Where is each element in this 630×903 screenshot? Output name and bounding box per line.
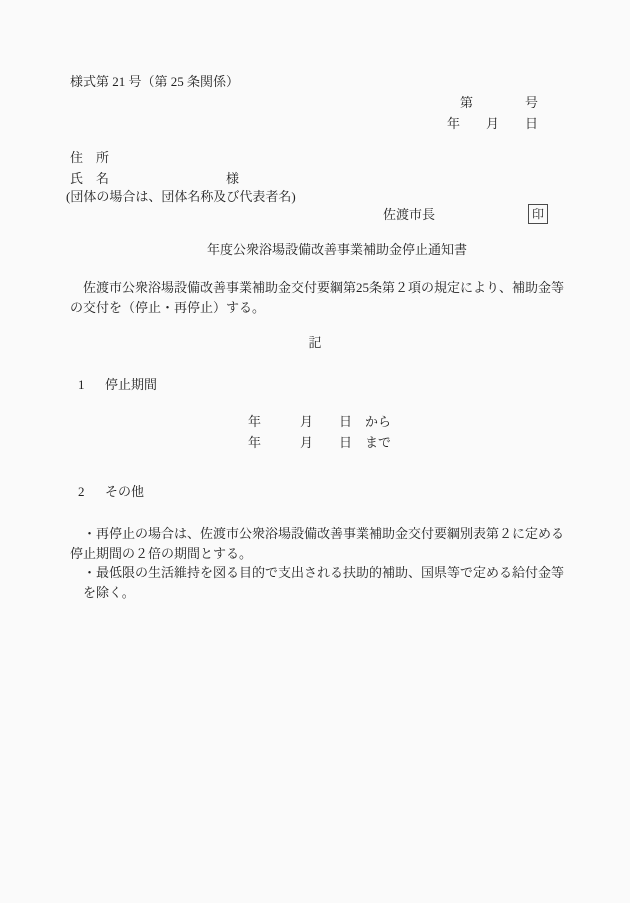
section-2-heading: その他 [105, 482, 144, 502]
section-1-number: 1 [78, 375, 85, 395]
period-from: 年 月 日 から [248, 412, 391, 432]
section-2-number: 2 [78, 482, 85, 502]
document-number: 第 号 [460, 93, 538, 113]
issue-date: 年 月 日 [447, 114, 538, 134]
section-1-heading: 停止期間 [105, 375, 157, 395]
name-label: 氏 名 [70, 169, 109, 189]
issuer-name: 佐渡市長 [383, 205, 435, 225]
seal-stamp-icon: 印 [528, 204, 548, 224]
document-page: 様式第 21 号（第 25 条関係） 第 号 年 月 日 住 所 氏 名 様 (… [0, 0, 630, 903]
note-exclusion: ・最低限の生活維持を図る目的で支出される扶助的補助、国県等で定める給付金等 を除… [70, 563, 575, 602]
address-label: 住 所 [70, 148, 109, 168]
list-marker: 記 [0, 333, 630, 353]
note-resuspension: ・再停止の場合は、佐渡市公衆浴場設備改善事業補助金交付要綱別表第２に定める 停止… [70, 524, 575, 563]
document-title: 年度公衆浴場設備改善事業補助金停止通知書 [207, 240, 467, 260]
group-note: (団体の場合は、団体名称及び代表者名) [66, 187, 296, 207]
body-paragraph: 佐渡市公衆浴場設備改善事業補助金交付要綱第25条第２項の規定により、補助金等 の… [70, 278, 575, 318]
period-to: 年 月 日 まで [248, 433, 391, 453]
honorific: 様 [226, 169, 239, 189]
form-number: 様式第 21 号（第 25 条関係） [70, 72, 239, 92]
seal-character: 印 [532, 208, 544, 220]
